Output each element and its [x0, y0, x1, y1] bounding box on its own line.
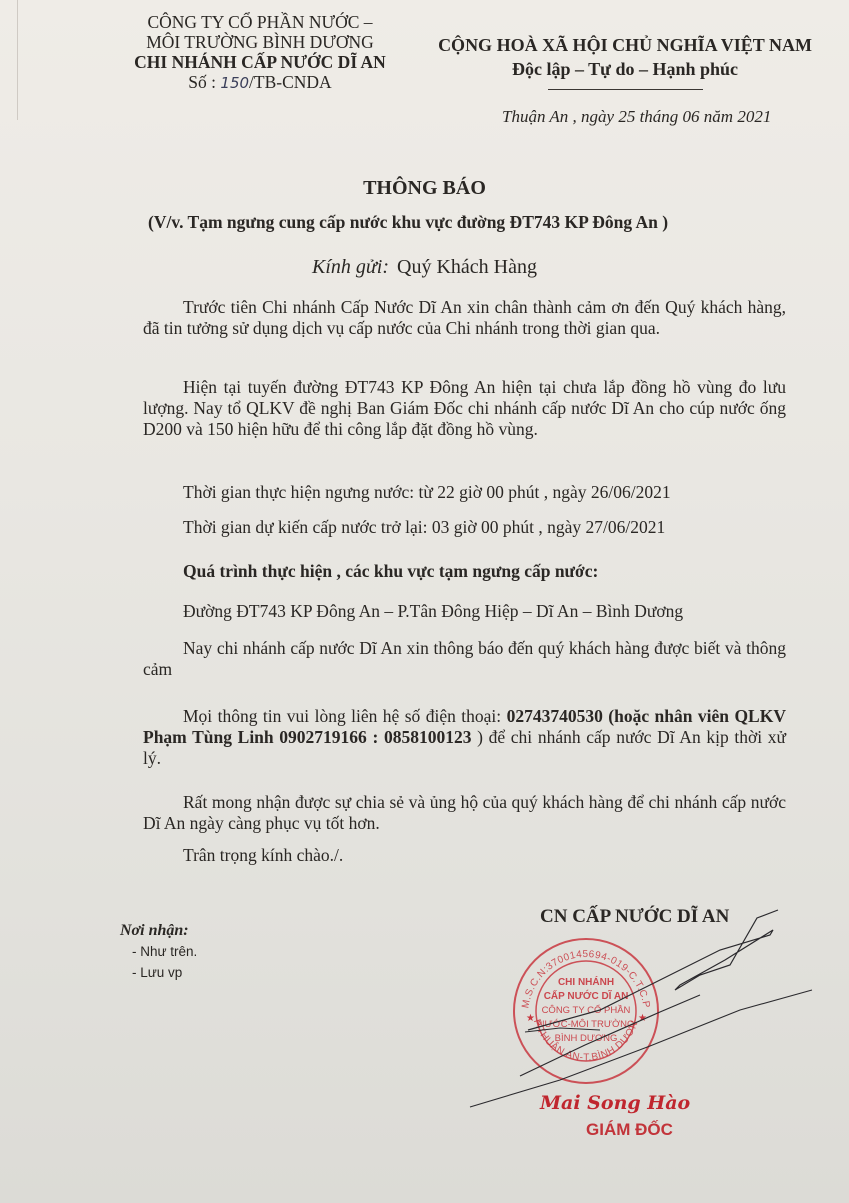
svg-text:NƯỚC-MÔI TRƯỜNG: NƯỚC-MÔI TRƯỜNG: [538, 1019, 635, 1030]
recipient-item: - Như trên.: [120, 941, 197, 962]
issuer-company-line1: CÔNG TY CỔ PHẦN NƯỚC –: [100, 12, 420, 32]
motto-underline: [548, 89, 703, 90]
svg-text:CHI NHÁNH: CHI NHÁNH: [558, 975, 614, 988]
greeting-label: Kính gửi:: [312, 256, 389, 278]
motto: Độc lập – Tự do – Hạnh phúc: [425, 57, 825, 81]
svg-text:★: ★: [638, 1013, 647, 1024]
paragraph-reason: Hiện tại tuyến đường ĐT743 KP Đông An hi…: [143, 377, 786, 440]
areas-heading: Quá trình thực hiện , các khu vực tạm ng…: [183, 561, 826, 582]
issuer-branch: CHI NHÁNH CẤP NƯỚC DĨ AN: [100, 52, 420, 72]
issuer-company-line2: MÔI TRƯỜNG BÌNH DƯƠNG: [100, 32, 420, 52]
issuer-block: CÔNG TY CỔ PHẦN NƯỚC – MÔI TRƯỜNG BÌNH D…: [100, 12, 420, 93]
document-title: THÔNG BÁO: [0, 177, 849, 200]
stop-time: Thời gian thực hiện ngưng nước: từ 22 gi…: [183, 482, 826, 503]
signer-name: Mai Song Hào: [540, 1092, 690, 1114]
signing-organization: CN CẤP NƯỚC DĨ AN: [540, 906, 729, 928]
recipients-block: Nơi nhận: - Như trên. - Lưu vp: [120, 920, 197, 983]
issue-date: Thuận An , ngày 25 tháng 06 năm 2021: [502, 107, 771, 127]
signer-title: GIÁM ĐỐC: [586, 1120, 673, 1140]
svg-text:CẤP NƯỚC DĨ AN: CẤP NƯỚC DĨ AN: [544, 989, 629, 1002]
paragraph-thanks: Trước tiên Chi nhánh Cấp Nước Dĩ An xin …: [143, 297, 786, 339]
paper-fold-line: [17, 0, 18, 120]
document-subject: (V/v. Tạm ngưng cung cấp nước khu vực đư…: [148, 212, 668, 233]
country-name: CỘNG HOÀ XÃ HỘI CHỦ NGHĨA VIỆT NAM: [425, 33, 825, 57]
recipient-item: - Lưu vp: [120, 962, 197, 983]
national-motto-block: CỘNG HOÀ XÃ HỘI CHỦ NGHĨA VIỆT NAM Độc l…: [425, 33, 825, 90]
svg-text:★: ★: [526, 1013, 535, 1024]
handwritten-number: 150: [220, 74, 249, 92]
paragraph-closing-wish: Rất mong nhận được sự chia sẻ và ủng hộ …: [143, 792, 786, 834]
affected-area: Đường ĐT743 KP Đông An – P.Tân Đông Hiệp…: [183, 601, 826, 622]
recipients-heading: Nơi nhận:: [120, 920, 197, 941]
closing-salutation: Trân trọng kính chào./.: [183, 845, 826, 866]
resume-time: Thời gian dự kiến cấp nước trở lại: 03 g…: [183, 517, 826, 538]
svg-text:BÌNH DƯƠNG: BÌNH DƯƠNG: [555, 1033, 618, 1044]
document-number: Số : 150/TB-CNDA: [100, 72, 420, 93]
greeting-recipient: Quý Khách Hàng: [397, 256, 537, 278]
document-page: CÔNG TY CỔ PHẦN NƯỚC – MÔI TRƯỜNG BÌNH D…: [0, 0, 849, 1203]
paragraph-notice: Nay chi nhánh cấp nước Dĩ An xin thông b…: [143, 638, 786, 680]
svg-text:CÔNG TY CỔ PHẦN: CÔNG TY CỔ PHẦN: [542, 1004, 631, 1016]
paragraph-contact: Mọi thông tin vui lòng liên hệ số điện t…: [143, 706, 786, 769]
official-seal-icon: M.S.C.N:3700145694-019-C.T.C.P TP.THUẬN …: [512, 937, 660, 1085]
greeting: Kính gửi:Quý Khách Hàng: [0, 256, 849, 279]
